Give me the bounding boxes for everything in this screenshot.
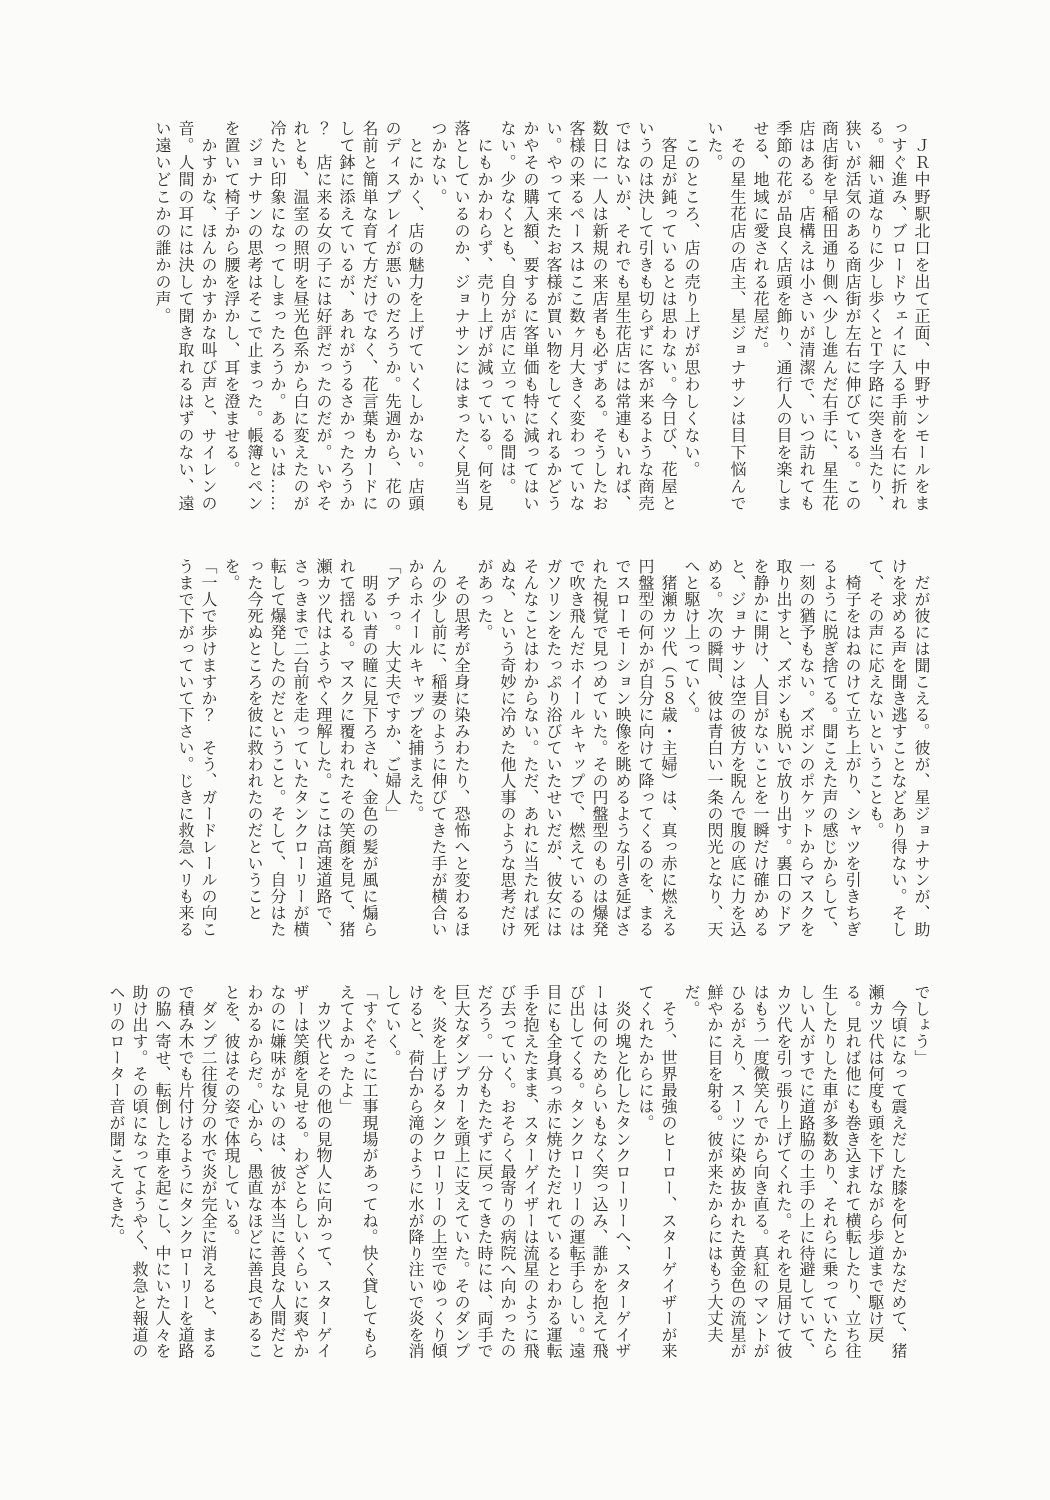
paragraph: ＪＲ中野駅北口を出て正面、中野サンモールをまっすぐ進み、ブロードウェイに入る手前… [748, 120, 932, 515]
text-block-stargazer: でしょう」 今頃になって震えだした膝を何とかなだめて、猪瀬カツ代は何度も頭を下げ… [112, 984, 932, 1362]
paragraph: 猪瀬カツ代（５８歳・主婦）は、真っ赤に燃える円盤型の何かが自分に向けて降ってくる… [472, 558, 679, 940]
paragraph: ジョナサンの思考はそこで止まった。帳簿とペンを置いて椅子から腰を浮かし、耳を澄ま… [219, 120, 265, 515]
paragraph: にもかかわらず、売り上げが減っている。何を見落としているのか、ジョナサンにはまっ… [426, 120, 495, 515]
paragraph: その思考が全身に染みわたり、恐怖へと変わるほんの少し前に、稲妻のように伸びてきた… [403, 558, 472, 940]
paragraph: とにかく、店の魅力を上げていくしかない。店頭のディスプレイが悪いのだろうか。先週… [265, 120, 426, 515]
paragraph: 客足が鈍っているとは思わない。今日び、花屋というのは決して引きも切らずに客が来る… [495, 120, 679, 515]
paragraph: かすかな、ほんのかすかな叫び声と、サイレンの音。人間の耳には決して聞き取れるはず… [150, 120, 219, 515]
paragraph: 「アチっ。大丈夫ですか、ご婦人」 [380, 558, 403, 940]
paragraph: 椅子をはねのけて立ち上がり、シャツを引きちぎるように脱ぎ捨てる。聞こえた声の感じ… [679, 558, 863, 940]
paragraph: 炎の塊と化したタンクローリーへ、スターゲイザーは何のためらいもなく突っ込み、誰か… [380, 984, 633, 1362]
text-block-flower-shop: ＪＲ中野駅北口を出て正面、中野サンモールをまっすぐ進み、ブロードウェイに入る手前… [117, 120, 932, 515]
text-block-rescue: だが彼には聞こえる。彼が、星ジョナサンが、助けを求める声を聞き逃すことなどあり得… [170, 558, 932, 940]
paragraph: このところ、店の売り上げが思わしくない。 [679, 120, 702, 515]
paragraph: ダンプ二往復分の水で炎が完全に消えると、まるで積み木でも片付けるようにタンクロー… [104, 984, 219, 1362]
paragraph: その星生花店の店主、星ジョナサンは目下悩んでいた。 [702, 120, 748, 515]
paragraph: でしょう」 [909, 984, 932, 1362]
paragraph: カツ代とその他の見物人に向かって、スターゲイザーは笑顔を見せる。わざとらしいくら… [219, 984, 334, 1362]
paragraph: そう、世界最強のヒーロー、スターゲイザーが来てくれたからには。 [633, 984, 679, 1362]
paragraph: だが彼には聞こえる。彼が、星ジョナサンが、助けを求める声を聞き逃すことなどあり得… [863, 558, 932, 940]
paragraph: 「一人で歩けますか？ そう、ガードレールの向こうまで下がっていて下さい。じきに救… [173, 558, 219, 940]
paragraph: 今頃になって震えだした膝を何とかなだめて、猪瀬カツ代は何度も頭を下げながら歩道ま… [679, 984, 909, 1362]
scanned-page: ＪＲ中野駅北口を出て正面、中野サンモールをまっすぐ進み、ブロードウェイに入る手前… [0, 0, 1050, 1500]
paragraph: 明るい青の瞳に見下ろされ、金色の髪が風に煽られて揺れる。マスクに覆われたその笑顔… [219, 558, 380, 940]
paragraph: 「すぐそこに工事現場があってね。快く貸してもらえてよかったよ」 [334, 984, 380, 1362]
